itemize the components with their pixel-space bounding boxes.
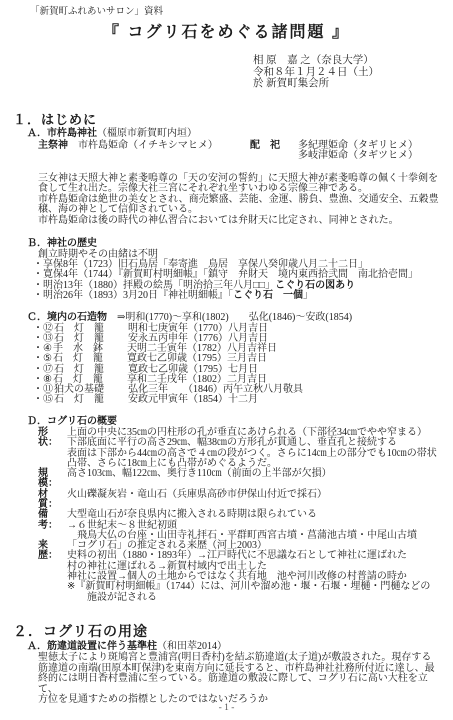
overview-label: 来歴： (38, 541, 67, 562)
page-title: 『 コグリ石をめぐる諸問題 』 (0, 25, 453, 42)
overview-row-shape: 形状： 上面の中央に35㎝の円柱形の孔が垂直にあけられる（下部径34㎝でやや窄ま… (38, 428, 453, 469)
event-date: 令和８年１月２４日（土） (253, 67, 453, 79)
overview-value: 「コグリ石」の推定される来歴（河上2003） 史料の初出（1880・1893年）… (67, 541, 453, 603)
overview-value: 上面の中央に35㎝の円柱形の孔が垂直にあけられる（下部径34㎝でやや窄まる） 下… (67, 428, 453, 469)
stone-date: 安政元甲寅年（1854）十二月 (128, 395, 258, 405)
section-2-heading: ２．コグリ石の用途 (13, 624, 453, 639)
document-page: 「新賀町ふれあいサロン」資料 『 コグリ石をめぐる諸問題 』 相 原 嘉 之（奈… (0, 0, 453, 720)
route-heading-title: Ａ．筋違道設置に伴う基準柱 (27, 641, 157, 652)
overview-label: 形状： (38, 428, 67, 449)
venue: 於 新賀町集会所 (253, 78, 453, 90)
bullet: ・ (33, 354, 43, 364)
overview-value: 大型竜山石が奈良県内に搬入される時期は限られている →６世紀末～８世紀初頭 飛鳥… (67, 510, 453, 541)
route-heading: Ａ．筋違道設置に伴う基準柱（和田萃2014） (27, 642, 453, 653)
history-text-bold: こぐり石 一個 (233, 290, 303, 301)
source-note: 「新賀町ふれあいサロン」資料 (30, 0, 453, 17)
overview-table: 形状： 上面の中央に35㎝の円柱形の孔が垂直にあけられる（下部径34㎝でやや窄ま… (38, 428, 453, 603)
section-1-heading: １．はじめに (13, 113, 453, 127)
stone-row: ・⑤石 灯 籠寛政七乙卯歳（1795）三月吉日 (33, 354, 453, 364)
deity-row: 主祭神 市杵島姫命（イチキシマヒメ） 配 祀 多紀理姫命（タギリヒメ） 多岐津姫… (38, 141, 453, 162)
co-enshrined-label: 配 祀 (250, 141, 298, 162)
route-paragraph: 聖徳太子により斑鳩宮と豊浦宮(明日香村)を結ぶ筋違道(太子道)が敷設された。現存… (38, 653, 446, 705)
shrine-heading-title: Ａ．市杵島神社 (27, 128, 97, 139)
page-number: - 1 - (0, 703, 453, 713)
stone-row: ・⑮石 灯 籠安政元甲寅年（1854）十二月 (33, 395, 453, 405)
stones-heading-title: Ｃ．境内の石造物 (27, 312, 107, 323)
shrine-description: 三女神は天照大神と素戔嗚尊の「天の安河の誓約」に天照大神が素戔嗚尊の佩く十拳剣を… (38, 174, 446, 226)
overview-value: 高さ103㎝、幅122㎝、奥行き110㎝（前面の上半部が欠損） (67, 469, 453, 479)
overview-label: 備考： (38, 510, 67, 531)
stone-date: 寛政七乙卯歳（1795）三月吉日 (127, 354, 267, 364)
stones-list: ・⑫石 灯 籠明和七庚寅年（1770）八月吉日 ・⑬石 灯 籠安永五丙申年（17… (33, 324, 453, 406)
shrine-heading-location: （橿原市新賀町内垣） (97, 128, 197, 139)
overview-row-notes: 備考： 大型竜山石が奈良県内に搬入される時期は限られている →６世紀末～８世紀初… (38, 510, 453, 541)
stones-heading-range: ⇒明和(1770)～享和(1802) 弘化(1846)～安政(1854) (107, 312, 352, 323)
history-text: ・明治26年（1893）3月20日『神社明細帳』「 (33, 290, 233, 301)
bullet: ・ (33, 395, 43, 405)
author-block: 相 原 嘉 之（奈良大学） 令和８年１月２４日（土） 於 新賀町集会所 (253, 55, 453, 90)
main-deity-name: 市杵島姫命（イチキシマヒメ） (68, 140, 218, 151)
stone-name: 石 灯 籠 (54, 395, 112, 405)
overview-label: 規模： (38, 469, 67, 490)
co-enshrined-names: 多紀理姫命（タギリヒメ） 多岐津姫命（タギツヒメ） (298, 141, 418, 162)
stone-number: ⑤ (43, 354, 52, 364)
history-text: 」 (303, 290, 313, 301)
history-item: ・明治26年（1893）3月20日『神社明細帳』「こぐり石 一個」 (33, 291, 453, 301)
overview-row-material: 材質： 火山礫凝灰岩・竜山石（兵庫県高砂市伊保山付近で採石） (38, 490, 453, 511)
overview-label: 材質： (38, 490, 67, 511)
overview-value: 火山礫凝灰岩・竜山石（兵庫県高砂市伊保山付近で採石） (67, 490, 453, 500)
author-name: 相 原 嘉 之（奈良大学） (253, 55, 453, 67)
history-list: ・享保8年（1723）旧石鳥居「奉寄進 鳥居 享保八癸卯歳八月二十二日」 ・寛保… (33, 260, 453, 301)
overview-row-size: 規模： 高さ103㎝、幅122㎝、奥行き110㎝（前面の上半部が欠損） (38, 469, 453, 490)
main-deity: 主祭神 市杵島姫命（イチキシマヒメ） (38, 141, 250, 162)
shrine-heading: Ａ．市杵島神社（橿原市新賀町内垣） (27, 129, 453, 140)
main-deity-label: 主祭神 (38, 140, 68, 151)
stone-name: 石 灯 籠 (53, 354, 111, 364)
route-heading-ref: （和田萃2014） (157, 641, 227, 652)
overview-row-provenance: 来歴： 「コグリ石」の推定される来歴（河上2003） 史料の初出（1880・18… (38, 541, 453, 603)
stone-number: ⑮ (43, 395, 53, 405)
